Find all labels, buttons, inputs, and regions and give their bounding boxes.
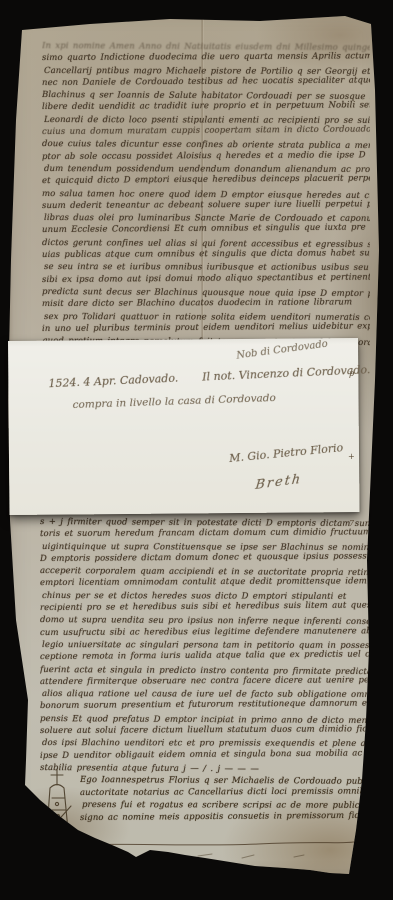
manuscript-line: bonorum suorum presentium et futurorum r…	[40, 698, 370, 713]
manuscript-line: unum Ecclesie Concordiensi Et cum omnibu…	[42, 222, 370, 237]
note-date: 1524. 4 Apr. Cadovado.	[48, 372, 178, 391]
notary-signum-icon	[33, 766, 91, 856]
manuscript-line: emptori licentiam omnimodam contulit atq…	[40, 576, 370, 590]
archival-note-slip: Nob di Cordovado 1524. 4 Apr. Cadovado.I…	[8, 338, 360, 515]
manuscript-line: cuius una domum muratam cuppis coopertam…	[42, 124, 370, 139]
manuscript-line: uias publicas atque cum omnibus et singu…	[42, 247, 370, 261]
manuscript-line: ceptione remota in forma iuris ualida at…	[40, 649, 370, 664]
note-date-line: 1524. 4 Apr. Cadovado.Il not. Vincenzo d…	[48, 363, 370, 390]
note-signature-flourish: Breth	[255, 471, 303, 493]
manuscript-line: ptor ab sole occasu possidet Aloisius q …	[42, 149, 370, 163]
photo-backdrop: In xpi nomine Amen Anno dni Natiuitatis …	[0, 0, 393, 900]
manuscript-line: D emptoris possidere dictam domum donec …	[40, 550, 370, 565]
closing-flourish-line	[58, 834, 358, 862]
manuscript-line: suum dederit teneantur ac debeant soluer…	[42, 198, 370, 212]
margin-mark: 7.	[349, 519, 357, 528]
note-signature-name: M. Gio. Pietro Florio	[229, 441, 344, 465]
manuscript-line: attendere firmiterque obseruare nec cont…	[40, 674, 370, 688]
manuscript-line: libere dedit uendidit ac tradidit iure p…	[42, 100, 370, 114]
manuscript-line: misit dare dicto ser Blachino ducatos du…	[42, 297, 370, 311]
manuscript-line: ipse D uenditor obligauit eidem omnia et…	[40, 747, 370, 762]
attestation-line: auctoritate notarius ac Cancellarius dic…	[80, 785, 370, 799]
manuscript-line: cum usufructu sibi ac heredibus eius leg…	[40, 625, 370, 639]
attestation-line: signo ac nomine meis appositis consuetis…	[80, 810, 370, 825]
manuscript-line: nec non Daniele de Cordouado testibus ad…	[42, 74, 370, 89]
manuscript-line: sibi ex ipsa domo aut ipsi domui modo al…	[42, 271, 370, 286]
note-corner-annotation: Nob di Cordovado	[236, 339, 329, 362]
manuscript-text-top: In xpi nomine Amen Anno dni Natiuitatis …	[42, 40, 370, 348]
manuscript-line: simo quarto Indictione duodecima die uer…	[42, 51, 370, 65]
manuscript-text-bottom: s + j firmiter quod semper sit in potest…	[40, 516, 370, 774]
manuscript-line: et quicquid dicto D emptori eiusque here…	[42, 173, 370, 188]
notary-attestation: Ego Ioannespetrus Florius q ser Michaeli…	[80, 774, 370, 826]
manuscript-line: toris et suorum heredum francam dictam d…	[40, 527, 370, 541]
margin-mark: p	[349, 369, 354, 378]
manuscript-line: in uno uel pluribus terminis prout eidem…	[42, 320, 370, 335]
manuscript-line: soluere aut solui facere dictum liuellum…	[40, 723, 370, 737]
note-subject-line: compra in livello la casa di Cordovado	[72, 392, 276, 411]
margin-mark: +	[348, 452, 355, 461]
manuscript-line: recipienti pro se et heredibus suis sibi…	[40, 599, 370, 614]
note-notary-name: Il not. Vincenzo di Cordovado.	[202, 363, 371, 383]
